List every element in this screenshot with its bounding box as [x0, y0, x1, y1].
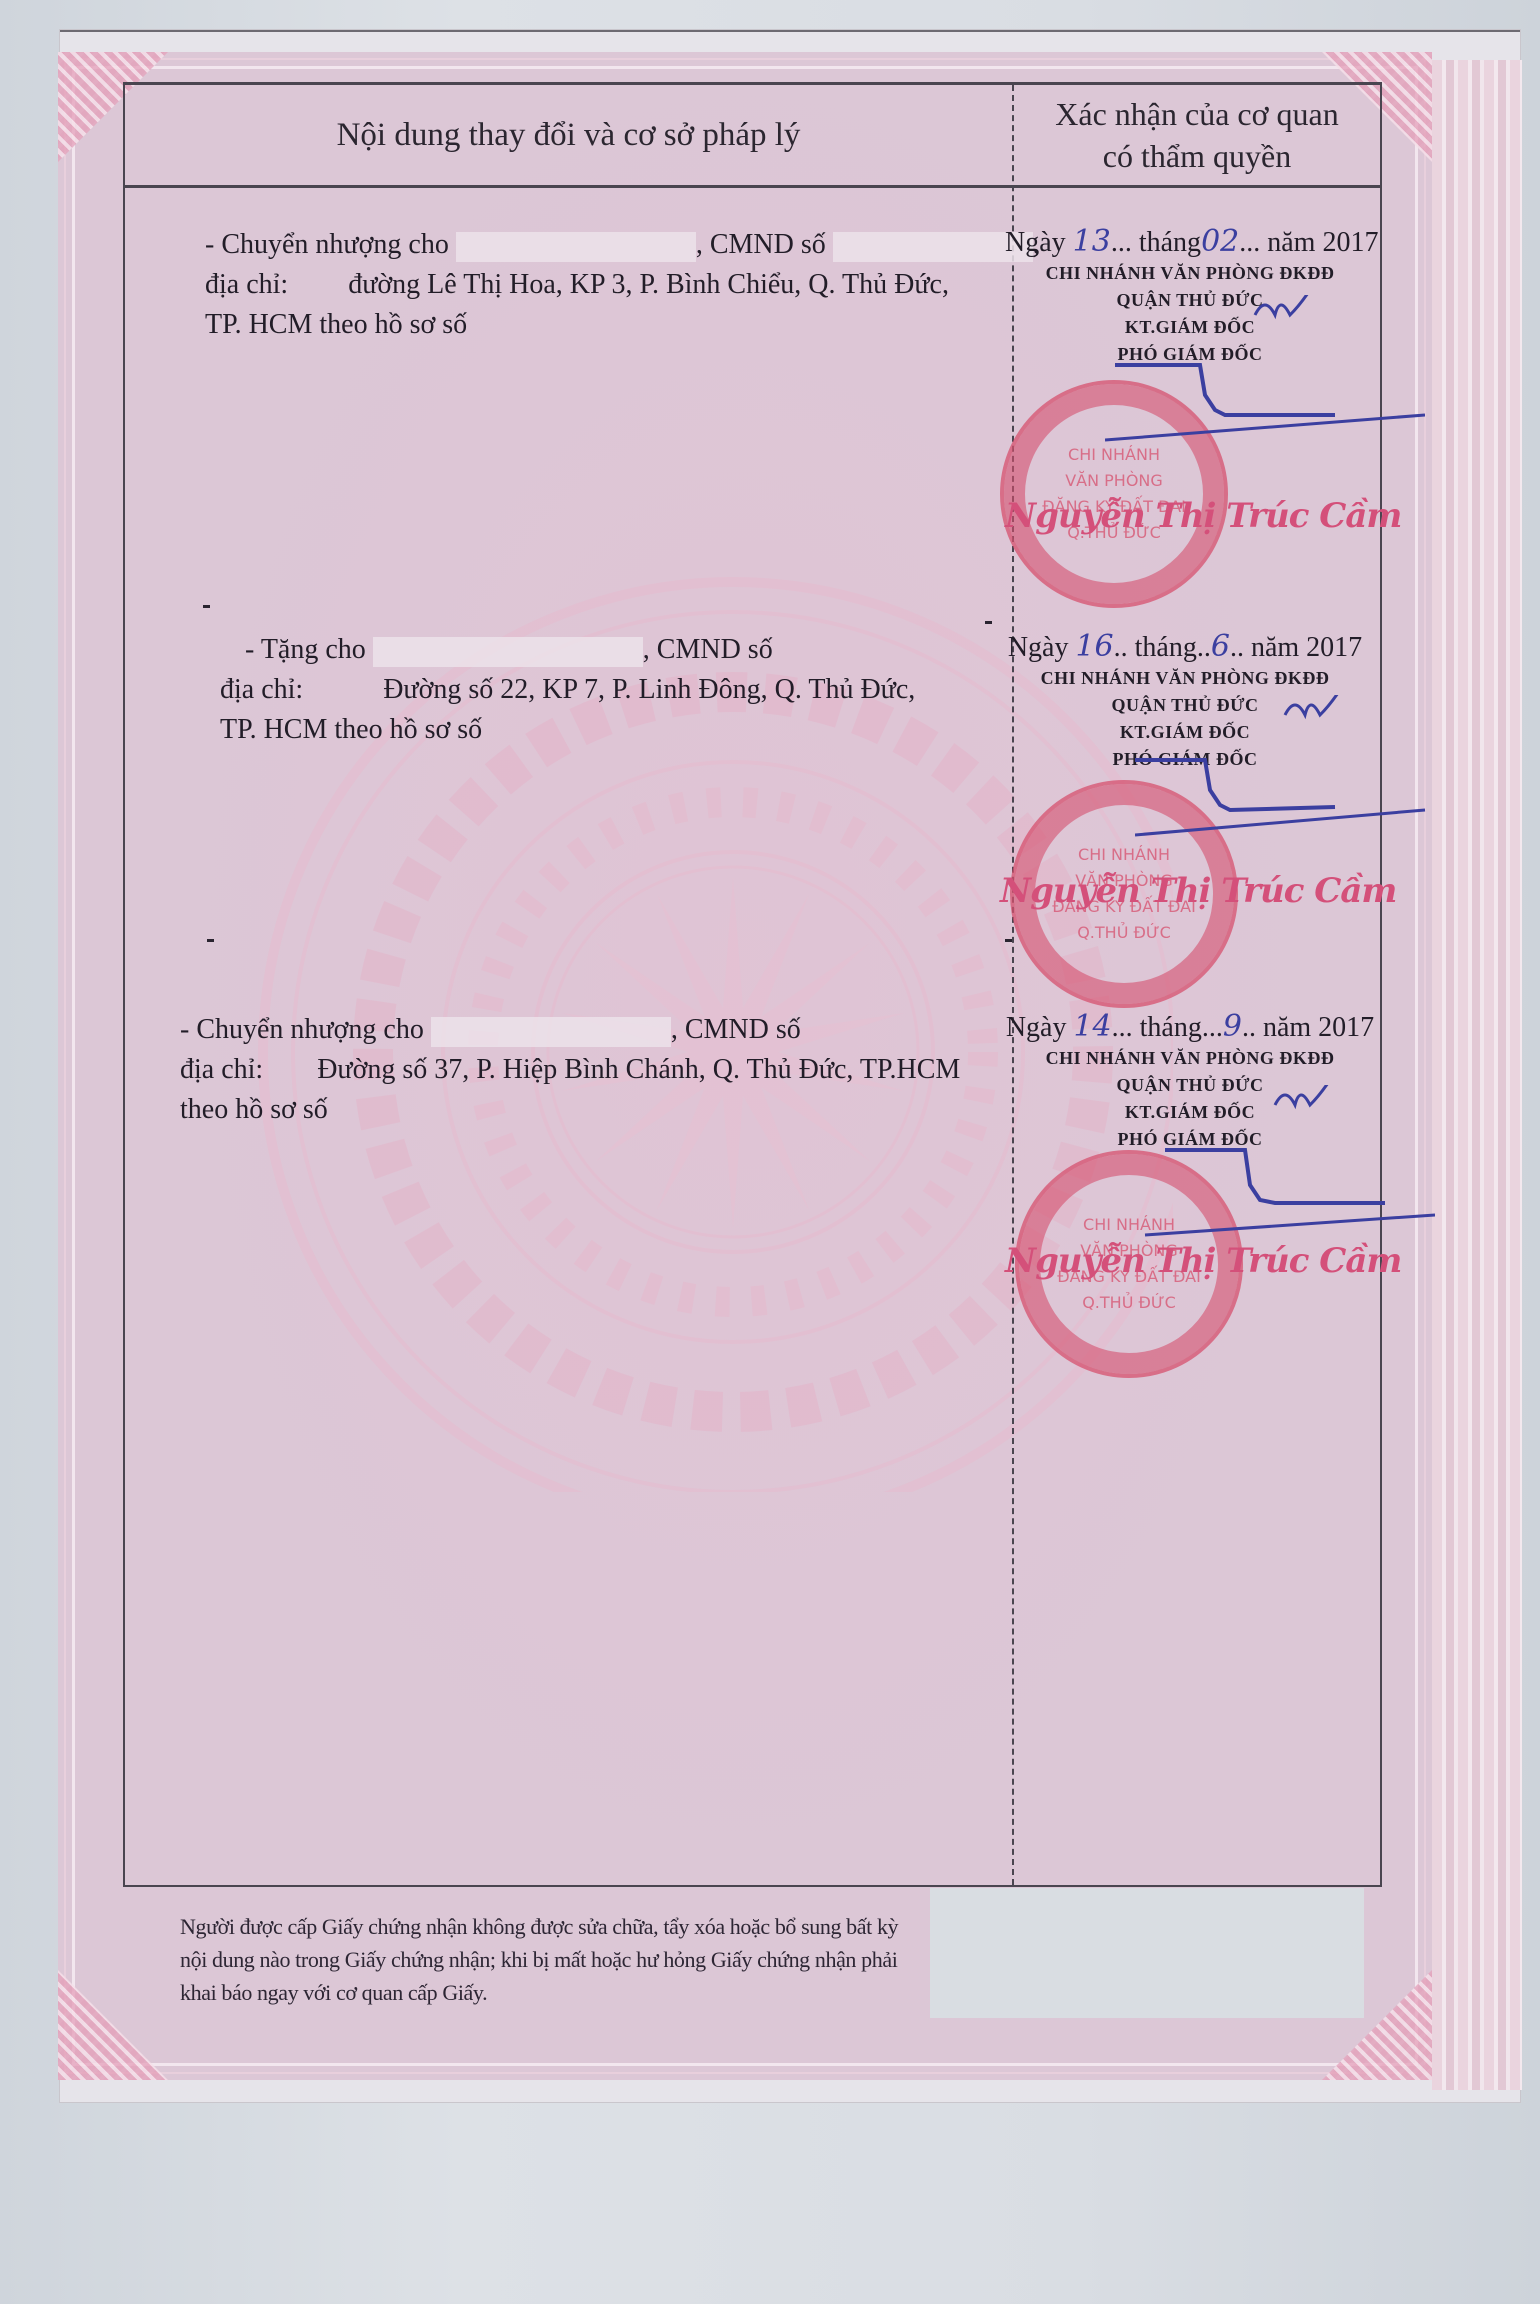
- address-label: địa chỉ:: [220, 674, 303, 705]
- handwritten-month: 6: [1211, 629, 1230, 664]
- entry-line: địa chỉ: Đường số 37, P. Hiệp Bình Chánh…: [180, 1050, 960, 1090]
- org-name: CHI NHÁNH VĂN PHÒNG ĐKĐĐ: [1005, 260, 1375, 287]
- org-name: CHI NHÁNH VĂN PHÒNG ĐKĐĐ: [1005, 1045, 1375, 1072]
- handwritten-day: 13: [1073, 224, 1111, 259]
- redacted-name: [373, 637, 643, 667]
- header-line: có thẩm quyền: [1103, 135, 1291, 177]
- column-header-certification: Xác nhận của cơ quan có thẩm quyền: [1014, 85, 1380, 185]
- change-entry: - Tặng cho , CMND số địa chỉ: Đường số 2…: [220, 630, 915, 750]
- handwritten-day: 16: [1075, 629, 1113, 664]
- address-label: địa chỉ:: [205, 269, 288, 300]
- dash-mark: [985, 621, 992, 624]
- signer-name: Nguyễn Thị Trúc Cầm: [1005, 496, 1375, 536]
- entry-line: - Chuyển nhượng cho , CMND số: [180, 1010, 960, 1050]
- signature-icon: [1105, 295, 1425, 455]
- cmnd-label: , CMND số: [643, 634, 773, 665]
- signer-name: Nguyễn Thị Trúc Cầm: [1000, 871, 1370, 911]
- footer-warning-note: Người được cấp Giấy chứng nhận không đượ…: [180, 1910, 920, 2009]
- entry-line: theo hồ sơ số: [180, 1090, 960, 1130]
- org-name: CHI NHÁNH VĂN PHÒNG ĐKĐĐ: [1000, 665, 1370, 692]
- change-entry: - Chuyển nhượng cho , CMND số , địa chỉ:…: [205, 225, 1040, 345]
- dash-mark: [203, 605, 210, 608]
- entry-line: - Chuyển nhượng cho , CMND số ,: [205, 225, 1040, 265]
- header-line: Xác nhận của cơ quan: [1055, 93, 1338, 135]
- redacted-area: [930, 1888, 1364, 2018]
- address-value: Đường số 37, P. Hiệp Bình Chánh, Q. Thủ …: [317, 1054, 960, 1085]
- cmnd-label: , CMND số: [671, 1014, 801, 1045]
- signature-icon: [1135, 695, 1435, 855]
- certification-date: Ngày 13... tháng02... năm 2017: [1005, 225, 1375, 260]
- handwritten-month: 02: [1201, 224, 1239, 259]
- change-entry: - Chuyển nhượng cho , CMND số địa chỉ: Đ…: [180, 1010, 960, 1130]
- entry-line: địa chỉ: Đường số 22, KP 7, P. Linh Đông…: [220, 670, 915, 710]
- address-label: địa chỉ:: [180, 1054, 263, 1085]
- signature-icon: [1135, 1085, 1435, 1245]
- certificate-page: Nội dung thay đổi và cơ sở pháp lý Xác n…: [58, 52, 1432, 2080]
- entry-type: - Chuyển nhượng cho: [205, 229, 449, 260]
- dash-mark: [207, 939, 214, 942]
- entry-line: TP. HCM theo hồ sơ số: [205, 305, 1040, 345]
- changes-table: Nội dung thay đổi và cơ sở pháp lý Xác n…: [123, 82, 1382, 1887]
- redacted-id: [833, 232, 1033, 262]
- redacted-name: [431, 1017, 671, 1047]
- entry-line: - Tặng cho , CMND số: [220, 630, 915, 670]
- certification-date: Ngày 14... tháng...9.. năm 2017: [1005, 1010, 1375, 1045]
- handwritten-month: 9: [1223, 1009, 1242, 1044]
- address-value: đường Lê Thị Hoa, KP 3, P. Bình Chiểu, Q…: [348, 269, 949, 300]
- next-page-edge: [1432, 60, 1522, 2090]
- signer-name: Nguyễn Thị Trúc Cầm: [1005, 1241, 1375, 1281]
- entry-line: TP. HCM theo hồ sơ số: [220, 710, 915, 750]
- redacted-name: [456, 232, 696, 262]
- entry-type: - Tặng cho: [245, 634, 366, 665]
- corner-ornament-icon: [58, 1970, 168, 2080]
- certification-date: Ngày 16.. tháng..6.. năm 2017: [1000, 630, 1370, 665]
- column-header-changes: Nội dung thay đổi và cơ sở pháp lý: [125, 85, 1012, 185]
- entry-line: địa chỉ: đường Lê Thị Hoa, KP 3, P. Bình…: [205, 265, 1040, 305]
- cmnd-label: , CMND số: [696, 229, 826, 260]
- handwritten-day: 14: [1073, 1009, 1111, 1044]
- address-value: Đường số 22, KP 7, P. Linh Đông, Q. Thủ …: [383, 674, 915, 705]
- header-divider: [125, 185, 1380, 188]
- entry-type: - Chuyển nhượng cho: [180, 1014, 424, 1045]
- dash-mark: [1005, 939, 1012, 942]
